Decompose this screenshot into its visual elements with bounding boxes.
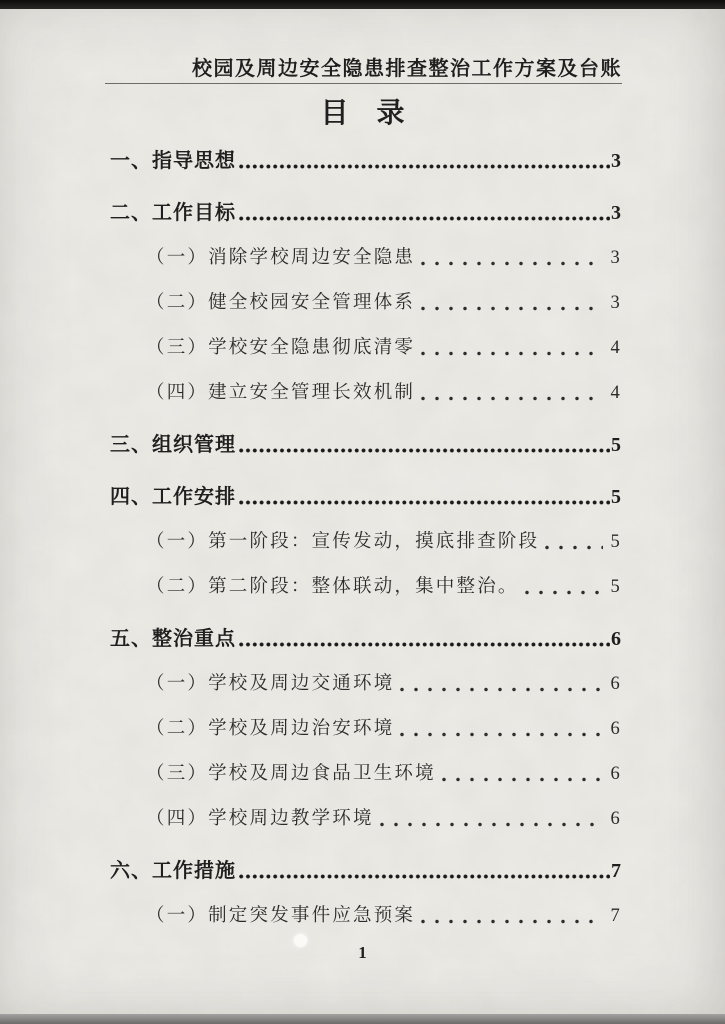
toc-entry: （一）制定突发事件应急预案 7 — [110, 905, 622, 927]
dot-leader — [239, 215, 610, 222]
toc-entry: （三）学校安全隐患彻底清零 4 — [110, 337, 622, 359]
toc-entry: （二）健全校园安全管理体系 3 — [110, 292, 622, 314]
toc-entry-label: 六、工作措施 — [110, 860, 236, 882]
toc-title: 目 录 — [0, 91, 725, 131]
toc-entry-label: 四、工作安排 — [110, 486, 236, 508]
toc-entry-label: 三、组织管理 — [110, 434, 236, 456]
toc-entry-page: 5 — [611, 531, 622, 553]
toc-entry-label: （一）制定突发事件应急预案 — [146, 905, 415, 927]
toc-entry-label: （一）第一阶段：宣传发动，摸底排查阶段 — [146, 531, 539, 553]
toc-entry-page: 4 — [611, 382, 622, 404]
bottom-edge-bar — [0, 1014, 725, 1024]
toc-entry: 四、工作安排 5 — [110, 486, 622, 508]
document-page: 校园及周边安全隐患排查整治工作方案及台账 目 录 一、指导思想 3 二、工作目标… — [0, 0, 725, 1024]
toc-entry-page: 6 — [611, 718, 622, 740]
top-edge-bar — [0, 0, 725, 9]
dot-leader — [421, 305, 602, 312]
toc-entry-label: 二、工作目标 — [110, 202, 236, 224]
toc-entry-label: （二）学校及周边治安环境 — [146, 718, 394, 740]
dot-leader — [421, 350, 602, 357]
toc-entry-label: 一、指导思想 — [110, 150, 236, 172]
toc-entry-page: 3 — [611, 202, 622, 224]
toc-entry-page: 3 — [611, 150, 622, 172]
dot-leader — [380, 821, 603, 828]
dot-leader — [400, 686, 602, 693]
toc-entry: （一）第一阶段：宣传发动，摸底排查阶段 5 — [110, 531, 622, 553]
toc-entry: 五、整治重点 6 — [110, 628, 622, 650]
dot-leader — [239, 447, 610, 454]
header-divider-rule — [105, 83, 622, 84]
dot-leader — [239, 873, 610, 880]
toc-entry-page: 5 — [611, 576, 622, 598]
dot-leader — [400, 731, 602, 738]
toc-entry-page: 6 — [611, 808, 622, 830]
dot-leader — [421, 260, 602, 267]
toc-entry: 六、工作措施 7 — [110, 860, 622, 882]
toc-entry-page: 6 — [611, 673, 622, 695]
toc-entry: （三）学校及周边食品卫生环境 6 — [110, 763, 622, 785]
toc-entry-label: （四）学校周边教学环境 — [146, 808, 374, 830]
dot-leader — [545, 544, 602, 551]
toc-entry-label: （四）建立安全管理长效机制 — [146, 382, 415, 404]
dot-leader — [239, 163, 610, 170]
toc-entry-label: （一）学校及周边交通环境 — [146, 673, 394, 695]
toc-entry-label: （一）消除学校周边安全隐患 — [146, 247, 415, 269]
toc-entry-label: （二）健全校园安全管理体系 — [146, 292, 415, 314]
toc-entry-page: 6 — [611, 763, 622, 785]
toc-entry-label: （三）学校及周边食品卫生环境 — [146, 763, 436, 785]
toc-entry: （四）学校周边教学环境 6 — [110, 808, 622, 830]
dot-leader — [239, 641, 610, 648]
toc-entry: （二）学校及周边治安环境 6 — [110, 718, 622, 740]
toc-entry-page: 7 — [611, 905, 622, 927]
toc-entry-page: 5 — [611, 434, 622, 456]
toc-list: 一、指导思想 3 二、工作目标 3 （一）消除学校周边安全隐患 3 （二）健全校… — [110, 150, 622, 927]
dot-leader — [421, 918, 602, 925]
page-number: 1 — [0, 943, 725, 963]
toc-entry-label: （三）学校安全隐患彻底清零 — [146, 337, 415, 359]
dot-leader — [421, 395, 602, 402]
toc-entry: （一）学校及周边交通环境 6 — [110, 673, 622, 695]
dot-leader — [525, 589, 603, 596]
toc-entry-label: 五、整治重点 — [110, 628, 236, 650]
toc-entry: （二）第二阶段：整体联动，集中整治。 5 — [110, 576, 622, 598]
toc-entry: （一）消除学校周边安全隐患 3 — [110, 247, 622, 269]
toc-entry-page: 3 — [611, 292, 622, 314]
dot-leader — [239, 499, 610, 506]
toc-entry-page: 3 — [611, 247, 622, 269]
toc-entry-page: 4 — [611, 337, 622, 359]
toc-entry: 三、组织管理 5 — [110, 434, 622, 456]
toc-entry: （四）建立安全管理长效机制 4 — [110, 382, 622, 404]
document-header-title: 校园及周边安全隐患排查整治工作方案及台账 — [105, 52, 622, 81]
toc-entry-page: 7 — [611, 860, 622, 882]
toc-entry: 一、指导思想 3 — [110, 150, 622, 172]
scan-artifact-dot — [294, 934, 307, 947]
dot-leader — [442, 776, 603, 783]
toc-entry-label: （二）第二阶段：整体联动，集中整治。 — [146, 576, 519, 598]
toc-entry-page: 5 — [611, 486, 622, 508]
toc-entry: 二、工作目标 3 — [110, 202, 622, 224]
toc-entry-page: 6 — [611, 628, 622, 650]
